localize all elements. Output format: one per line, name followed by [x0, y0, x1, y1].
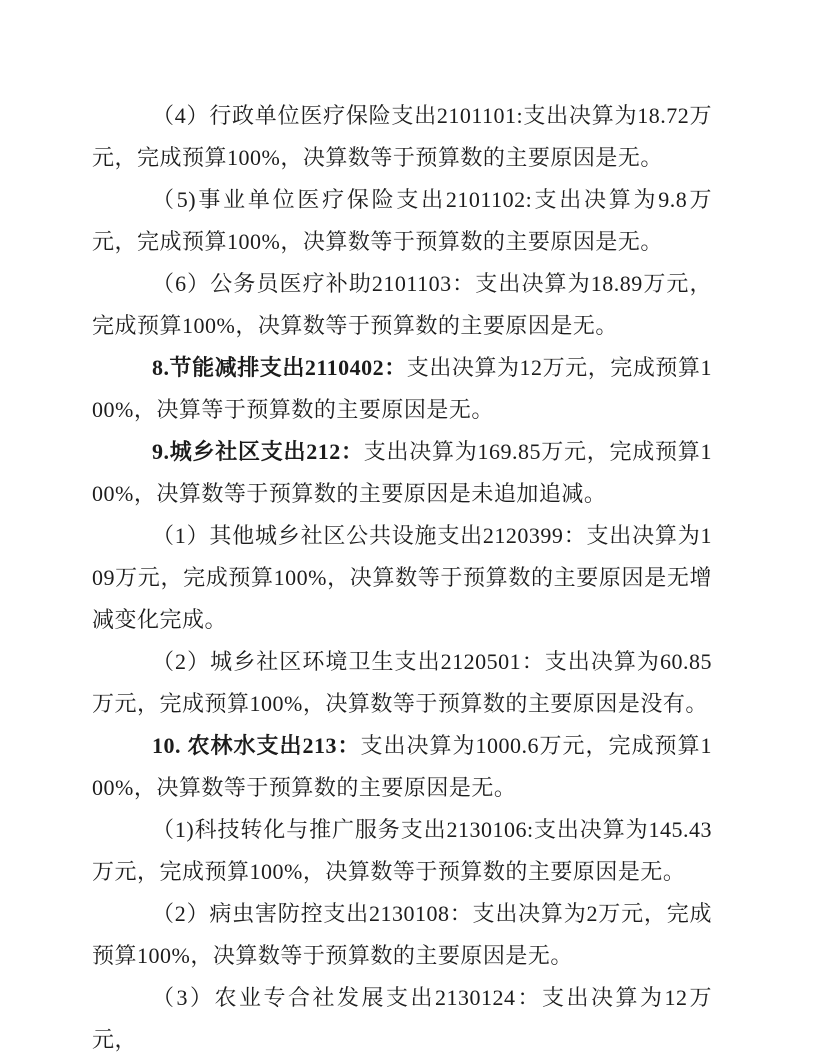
paragraph: （1）其他城乡社区公共设施支出2120399：支出决算为109万元，完成预算10… [92, 515, 712, 641]
paragraph-text: （3）农业专合社发展支出2130124：支出决算为12万元， [92, 985, 712, 1052]
paragraph: （2）病虫害防控支出2130108：支出决算为2万元，完成预算100%，决算数等… [92, 893, 712, 977]
paragraph: 9.城乡社区支出212：支出决算为169.85万元，完成预算100%，决算数等于… [92, 431, 712, 515]
paragraph-text: （1)科技转化与推广服务支出2130106:支出决算为145.43万元，完成预算… [92, 817, 712, 884]
paragraph-text: （2）城乡社区环境卫生支出2120501：支出决算为60.85万元，完成预算10… [92, 649, 712, 716]
paragraph: （5)事业单位医疗保险支出2101102:支出决算为9.8万元，完成预算100%… [92, 179, 712, 263]
paragraph-text: （5)事业单位医疗保险支出2101102:支出决算为9.8万元，完成预算100%… [92, 187, 712, 254]
document-page: （4）行政单位医疗保险支出2101101:支出决算为18.72万元，完成预算10… [0, 0, 815, 1055]
paragraph: （2）城乡社区环境卫生支出2120501：支出决算为60.85万元，完成预算10… [92, 641, 712, 725]
paragraph: （4）行政单位医疗保险支出2101101:支出决算为18.72万元，完成预算10… [92, 95, 712, 179]
document-body: （4）行政单位医疗保险支出2101101:支出决算为18.72万元，完成预算10… [92, 95, 712, 1055]
paragraph: （6）公务员医疗补助2101103：支出决算为18.89万元，完成预算100%，… [92, 263, 712, 347]
paragraph-lead: 9.城乡社区支出212： [152, 439, 364, 464]
paragraph: （1)科技转化与推广服务支出2130106:支出决算为145.43万元，完成预算… [92, 809, 712, 893]
paragraph-text: （2）病虫害防控支出2130108：支出决算为2万元，完成预算100%，决算数等… [92, 901, 712, 968]
paragraph: （3）农业专合社发展支出2130124：支出决算为12万元， [92, 977, 712, 1055]
paragraph-text: （6）公务员医疗补助2101103：支出决算为18.89万元，完成预算100%，… [92, 271, 712, 338]
paragraph: 8.节能减排支出2110402：支出决算为12万元，完成预算100%，决算等于预… [92, 347, 712, 431]
paragraph-lead: 10. 农林水支出213： [152, 733, 361, 758]
paragraph-text: （1）其他城乡社区公共设施支出2120399：支出决算为109万元，完成预算10… [92, 523, 712, 632]
paragraph-lead: 8.节能减排支出2110402： [152, 355, 407, 380]
paragraph: 10. 农林水支出213：支出决算为1000.6万元，完成预算100%，决算数等… [92, 725, 712, 809]
paragraph-text: （4）行政单位医疗保险支出2101101:支出决算为18.72万元，完成预算10… [92, 103, 712, 170]
